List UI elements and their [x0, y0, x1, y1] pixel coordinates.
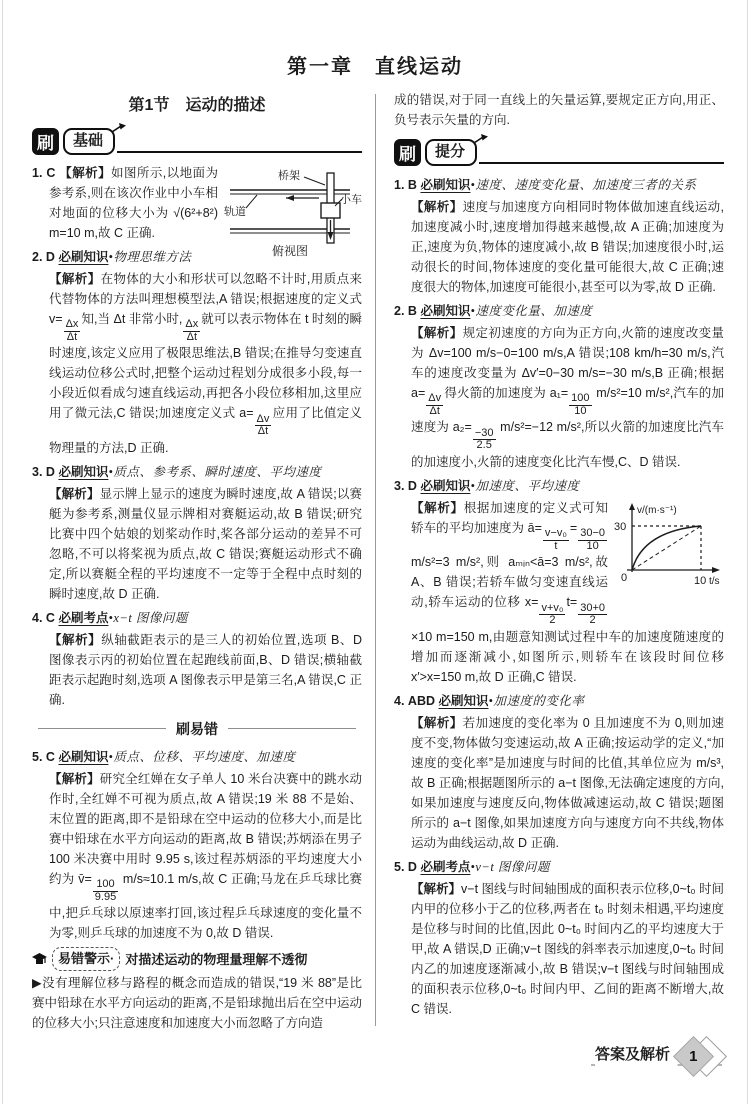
top-view-figure: 桥架 小车 轨道 俯视图 — [224, 165, 362, 257]
warning-body: ▶没有理解位移与路程的概念而造成的错误,“19 米 88”是比赛中铅球在水平方向… — [32, 973, 362, 1033]
knowledge-tag: 必刷知识 — [420, 178, 470, 192]
divider-label: 刷易错 — [176, 719, 218, 739]
item-number: 5. — [32, 750, 42, 764]
item-number: 1. — [394, 178, 404, 192]
item-answer: C — [46, 750, 55, 764]
knowledge-tag: 必刷知识 — [439, 694, 489, 708]
topic-label: •质点、位移、平均速度、加速度 — [108, 750, 295, 764]
badge-basic: 刷 基础 — [32, 125, 362, 155]
graph-y-label: v/(m·s⁻¹) — [637, 505, 677, 516]
bridge-label: 桥架 — [278, 168, 300, 182]
divider-line — [38, 728, 166, 729]
error-prone-divider: 刷易错 — [38, 719, 356, 739]
topic-label: •v−t 图像问题 — [470, 860, 549, 874]
item-answer: D — [46, 465, 55, 479]
item-solution: 【解析】若加速度的变化率为 0 且加速度不为 0,则加速度不变,物体做匀变速运动… — [411, 713, 724, 853]
answer-item: 5. C 必刷知识•质点、位移、平均速度、加速度 【解析】研究全红婵在女子单人 … — [32, 746, 362, 943]
arrow-flag-icon — [111, 123, 126, 134]
warning-title: 易错警示· — [52, 947, 120, 971]
right-column: 成的错误,对于同一直线上的矢量运算,要规定正方向,用正、负号表示矢量的方向. 刷… — [378, 88, 724, 1104]
cart-shape — [321, 203, 340, 218]
item-solution: 【解析】如图所示,以地面为参考系,则在该次作业中小车相对地面的位移大小为 √(6… — [49, 166, 218, 240]
answer-item: 3. D 必刷知识•质点、参考系、瞬时速度、平均速度 【解析】显示牌上显示的速度… — [32, 461, 362, 604]
answer-item: 4. C 必刷考点•x−t 图像问题 【解析】纵轴截距表示的是三人的初始位置,选… — [32, 607, 362, 710]
item-number: 2. — [32, 250, 42, 264]
knowledge-tag: 必刷知识 — [58, 750, 108, 764]
item-solution: 【解析】速度与加速度方向相同时物体做加速直线运动,加速度减小时,速度增加得越来越… — [411, 197, 724, 297]
badge-basic-text: 基础 — [73, 132, 103, 149]
item-solution: 【解析】纵轴截距表示的是三人的初始位置,选项 B、D 图像表示丙的初始位置在起跑… — [49, 630, 362, 710]
two-column-layout: 第1节 运动的描述 刷 基础 — [0, 88, 750, 1104]
knowledge-tag: 必刷知识 — [58, 250, 108, 264]
topic-label: •速度变化量、加速度 — [470, 304, 592, 318]
topic-label: •速度、速度变化量、加速度三者的关系 — [470, 178, 696, 192]
track-label: 轨道 — [224, 204, 246, 218]
left-column: 第1节 运动的描述 刷 基础 — [32, 88, 378, 1104]
item-answer: D — [408, 860, 417, 874]
item-number: 5. — [394, 860, 404, 874]
answer-item: 3. D 必刷知识•加速度、平均速度 v/(m·s⁻¹) 30 0 — [394, 475, 724, 687]
item-number: 1. — [32, 166, 42, 180]
velocity-time-graph: v/(m·s⁻¹) 30 0 10 t/s — [612, 498, 724, 594]
carryover-paragraph: 成的错误,对于同一直线上的矢量运算,要规定正方向,用正、负号表示矢量的方向. — [394, 90, 724, 130]
graph-y-tick: 30 — [614, 521, 626, 533]
shua-logo-icon: 刷 — [394, 139, 421, 166]
topic-label: •x−t 图像问题 — [108, 611, 187, 625]
section-title: 第1节 运动的描述 — [32, 92, 362, 115]
footer-label: 答案及解析 — [595, 1043, 674, 1070]
knowledge-tag: 必刷知识 — [58, 465, 108, 479]
arrow-flag-icon — [473, 134, 488, 145]
item-solution: 【解析】在物体的大小和形状可以忽略不计时,用质点来代替物体的方法叫理想模型法,A… — [49, 269, 362, 458]
answer-item: 桥架 小车 轨道 俯视图 1. C 【解析】如图所示,以地面为参考系,则在该次作… — [32, 163, 362, 243]
item-answer: C — [46, 166, 55, 180]
chapter-title: 第一章 直线运动 — [0, 0, 750, 79]
figure-caption: 俯视图 — [272, 244, 308, 257]
badge-underline — [117, 151, 362, 153]
item-number: 2. — [394, 304, 404, 318]
page-footer: 答案及解析 1 — [595, 1034, 726, 1078]
knowledge-tag: 必刷考点 — [58, 611, 108, 625]
item-solution: 【解析】规定初速度的方向为正方向,火箭的速度改变量为 Δv=100 m/s−0=… — [411, 323, 724, 472]
item-answer: C — [46, 611, 55, 625]
answer-item: 4. ABD 必刷知识•加速度的变化率 【解析】若加速度的变化率为 0 且加速度… — [394, 690, 724, 853]
topic-label: •加速度、平均速度 — [470, 479, 579, 493]
topic-label: •物理思维方法 — [108, 250, 191, 264]
item-answer: B — [408, 304, 417, 318]
graduation-cap-icon — [32, 953, 47, 966]
item-number: 3. — [394, 479, 404, 493]
item-answer: D — [46, 250, 55, 264]
item-number: 4. — [394, 694, 404, 708]
error-warning-block: 易错警示· 对描述运动的物理量理解不透彻 ▶没有理解位移与路程的概念而造成的错误… — [32, 947, 362, 1033]
column-divider — [375, 94, 376, 1026]
divider-line — [228, 728, 356, 729]
answer-item: 2. B 必刷知识•速度变化量、加速度 【解析】规定初速度的方向为正方向,火箭的… — [394, 300, 724, 472]
answer-item: 5. D 必刷考点•v−t 图像问题 【解析】v−t 图线与时间轴围成的面积表示… — [394, 856, 724, 1019]
badge-score-label: 提分 — [425, 139, 477, 166]
badge-basic-label: 基础 — [63, 128, 115, 155]
item-number: 3. — [32, 465, 42, 479]
item-answer: B — [408, 178, 417, 192]
badge-score-text: 提分 — [435, 143, 465, 160]
item-solution: 【解析】显示牌上显示的速度为瞬时速度,故 A 错误;以赛艇为参考系,测量仪显示牌… — [49, 484, 362, 604]
item-number: 4. — [32, 611, 42, 625]
answer-item: 1. B 必刷知识•速度、速度变化量、加速度三者的关系 【解析】速度与加速度方向… — [394, 174, 724, 297]
left-arrowhead-icon — [286, 195, 294, 201]
shua-logo-icon: 刷 — [32, 128, 59, 155]
knowledge-tag: 必刷知识 — [420, 304, 470, 318]
item-solution: 【解析】v−t 图线与时间轴围成的面积表示位移,0~t₀ 时间内甲的位移小于乙的… — [411, 879, 724, 1019]
warning-topic: 对描述运动的物理量理解不透彻 — [125, 949, 307, 970]
item-solution: 【解析】研究全红婵在女子单人 10 米台决赛中的跳水动作时,全红婵不可视为质点,… — [49, 769, 362, 943]
graph-x-label: t/s — [709, 576, 720, 587]
topic-label: •质点、参考系、瞬时速度、平均速度 — [108, 465, 321, 479]
item-answer: ABD — [408, 694, 435, 708]
cart-label: 小车 — [340, 192, 362, 206]
page-number-diamond: 1 — [674, 1034, 726, 1078]
knowledge-tag: 必刷考点 — [420, 860, 470, 874]
item-answer: D — [408, 479, 417, 493]
badge-score: 刷 提分 — [394, 136, 724, 166]
graph-x-tick: 10 — [694, 575, 706, 587]
graph-origin: 0 — [621, 572, 627, 584]
page-number: 1 — [689, 1048, 697, 1065]
knowledge-tag: 必刷知识 — [420, 479, 470, 493]
answer-item: 2. D 必刷知识•物理思维方法 【解析】在物体的大小和形状可以忽略不计时,用质… — [32, 246, 362, 458]
topic-label: •加速度的变化率 — [489, 694, 585, 708]
badge-underline — [479, 162, 724, 164]
